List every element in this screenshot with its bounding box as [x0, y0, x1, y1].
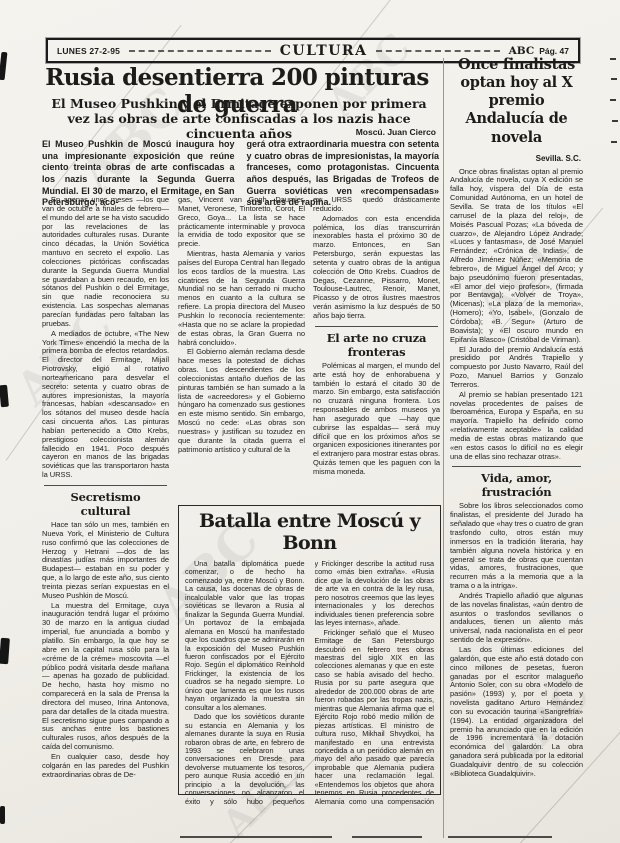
footer-rule	[180, 836, 332, 838]
paper-brand: ABC	[509, 45, 535, 57]
crosshead-el-arte-no-cruza-fronteras: El arte no cruza fronteras	[315, 326, 438, 359]
paragraph: En cualquier caso, desde hoy colgarán en…	[42, 753, 169, 780]
scan-edge-tick	[611, 78, 617, 80]
paragraph: y Frickinger describe la actitud rusa co…	[315, 560, 435, 628]
paragraph: Las dos últimas ediciones del galardón, …	[450, 646, 583, 779]
paragraph: gas, Vincent van Gogh, Daumier, Manet, V…	[178, 196, 305, 249]
main-byline: Moscú. Juan Cierco	[40, 127, 436, 137]
paragraph: Una batalla diplomática puede comenzar, …	[185, 560, 305, 712]
footer-rule	[352, 836, 422, 838]
scan-edge-tick	[610, 99, 616, 101]
boxed-article-body: Una batalla diplomática puede comenzar, …	[185, 560, 434, 806]
paragraph: Hace tan sólo un mes, también en Nueva Y…	[42, 521, 169, 601]
scan-ink-mark	[0, 385, 9, 408]
paper-page-number: ABC Pág. 47	[509, 45, 569, 57]
body-column-2: gas, Vincent van Gogh, Daumier, Manet, V…	[178, 196, 305, 502]
header-dash-rule	[376, 50, 499, 52]
paragraph: Andrés Trapiello añadió que algunas de l…	[450, 592, 583, 645]
crosshead-vida-amor-frustracion: Vida, amor, frustración	[452, 466, 581, 499]
paragraph: Polémicas al margen, el mundo del arte e…	[313, 362, 440, 477]
body-column-1: En apenas unos meses —los que van de oct…	[42, 196, 169, 838]
header-dash-rule	[129, 50, 271, 52]
paragraph: ex URSS quedó drásticamente reducido.	[313, 196, 440, 214]
paragraph: El Gobierno alemán reclama desde hace me…	[178, 348, 305, 454]
scan-ink-mark	[0, 806, 5, 824]
secondary-headline: Once finalistas optan hoy al X premio An…	[450, 56, 583, 147]
paragraph: Once obras finalistas optan al premio An…	[450, 168, 583, 345]
paragraph: En apenas unos meses —los que van de oct…	[42, 196, 169, 329]
column-divider-rule	[443, 58, 444, 838]
paragraph: A mediados de octubre, «The New York Tim…	[42, 330, 169, 480]
paragraph: La muestra del Ermitage, cuya inauguraci…	[42, 602, 169, 752]
boxed-article: Batalla entre Moscú y Bonn Una batalla d…	[178, 505, 441, 795]
paragraph: Dado que los soviéticos durante su estan…	[185, 713, 305, 806]
edition-date: LUNES 27-2-95	[57, 46, 120, 56]
scan-edge-tick	[611, 141, 617, 143]
crosshead-secretismo-cultural: Secretismo cultural	[44, 485, 167, 518]
body-column-3: ex URSS quedó drásticamente reducido. Ad…	[313, 196, 440, 502]
footer-rule	[448, 836, 552, 838]
secondary-byline: Sevilla. S.C.	[450, 154, 581, 163]
page-number: Pág. 47	[539, 46, 569, 56]
scan-ink-mark	[0, 638, 10, 665]
scan-edge-tick	[612, 120, 618, 122]
paragraph: Mientras, hasta Alemania y varios países…	[178, 250, 305, 347]
secondary-article: Once finalistas optan hoy al X premio An…	[450, 56, 583, 838]
main-article-body: En apenas unos meses —los que van de oct…	[42, 196, 440, 838]
section-title: CULTURA	[280, 43, 368, 59]
scan-edge-tick	[610, 58, 616, 60]
paragraph: Frickinger señaló que el Museo Ermitage …	[315, 629, 435, 806]
paragraph: Al premio se habían presentado 121 novel…	[450, 391, 583, 462]
scan-ink-mark	[0, 52, 7, 80]
paragraph: Adornados con esta encendida polémica, l…	[313, 215, 440, 321]
newspaper-page: ABC ABC ABC ABC ABC ABC ABC LUNES 27-2-9…	[0, 0, 620, 843]
boxed-column-2: y Frickinger describe la actitud rusa co…	[315, 560, 435, 806]
paragraph: Sobre los libros seleccionados como fina…	[450, 502, 583, 590]
boxed-article-headline: Batalla entre Moscú y Bonn	[185, 510, 434, 554]
paragraph: El Jurado del premio Andalucía está pres…	[450, 346, 583, 390]
boxed-column-1: Una batalla diplomática puede comenzar, …	[185, 560, 305, 806]
